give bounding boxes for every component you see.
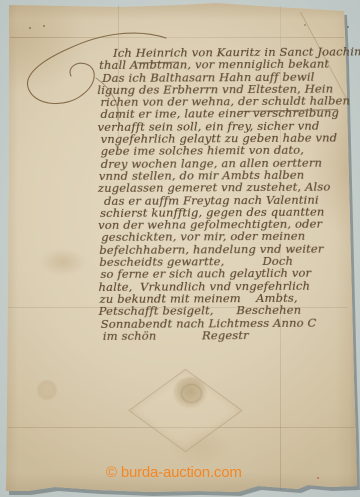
manuscript-text: Ich Heinrich von Kauritz in Sanct Joachi… [97, 45, 351, 342]
red-speck [317, 477, 319, 479]
ink-speck [347, 26, 349, 28]
ink-speck [304, 24, 306, 26]
watermark-text: © burda-auction.com [106, 465, 242, 480]
photo-background: Ich Heinrich von Kauritz in Sanct Joachi… [0, 0, 360, 497]
wax-seal-ring [181, 384, 202, 403]
manuscript-line: im schön Regestr [99, 328, 351, 342]
